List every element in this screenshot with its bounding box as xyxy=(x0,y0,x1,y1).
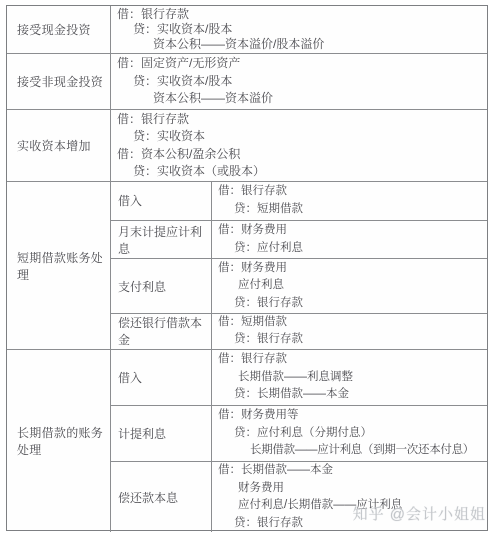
subrow-label-cell: 偿还银行借款本金 xyxy=(111,314,212,349)
table-subrow: 借入 借：银行存款 贷：短期借款 xyxy=(111,182,487,220)
entry-line: 借：银行存款 xyxy=(111,7,487,22)
subrow-label: 支付利息 xyxy=(118,278,166,295)
accounting-entries-table: 接受现金投资 借：银行存款 贷：实收资本/股本 资本公积——资本溢价/股本溢价 … xyxy=(6,5,488,531)
table-subrow: 计提利息 借：财务费用等 贷：应付利息（分期付息） 长期借款——应计利息（到期一… xyxy=(111,405,487,462)
entry-line: 借：财务费用 xyxy=(212,260,487,278)
table-row-group: 短期借款账务处理 借入 借：银行存款 贷：短期借款 月末计提应计利息 xyxy=(7,181,487,349)
subrow-label-cell: 计提利息 xyxy=(111,406,212,462)
entry-line: 资本公积——资本溢价 xyxy=(111,90,487,108)
entry-line: 贷：实收资本（或股本） xyxy=(111,163,487,181)
table-subrow: 月末计提应计利息 借：财务费用 贷：应付利息 xyxy=(111,220,487,259)
subrow-label: 偿还款本息 xyxy=(118,489,178,506)
row-label: 实收资本增加 xyxy=(17,137,91,154)
entry-line: 借：资本公积/盈余公积 xyxy=(111,146,487,164)
row-label-cell: 接受非现金投资 xyxy=(7,54,111,109)
subrow-column: 借入 借：银行存款 贷：短期借款 月末计提应计利息 借：财务费用 贷：应付利息 xyxy=(111,182,487,349)
subrow-label: 偿还银行借款本金 xyxy=(118,314,211,348)
row-label: 接受非现金投资 xyxy=(17,73,103,90)
entry-cell: 借：银行存款 贷：实收资本/股本 资本公积——资本溢价/股本溢价 xyxy=(111,6,487,53)
row-label: 接受现金投资 xyxy=(17,21,91,38)
entry-line: 借：银行存款 xyxy=(212,183,487,201)
entry-line: 贷：实收资本/股本 xyxy=(111,22,487,37)
row-label: 长期借款的账务处理 xyxy=(17,424,110,458)
row-label-cell: 短期借款账务处理 xyxy=(7,182,111,349)
entry-line: 财务费用 xyxy=(212,480,487,498)
entry-cell: 借：财务费用 应付利息 贷：银行存款 xyxy=(212,259,487,313)
row-label: 短期借款账务处理 xyxy=(17,249,110,283)
subrow-label-cell: 借入 xyxy=(111,182,212,220)
entry-line: 贷：银行存款 xyxy=(212,295,487,313)
entry-line: 贷：长期借款——本金 xyxy=(212,386,487,404)
entry-line: 贷：应付利息（分期付息） xyxy=(212,425,487,443)
subrow-label: 月末计提应计利息 xyxy=(118,223,211,257)
subrow-label: 借入 xyxy=(118,369,142,386)
entry-cell: 借：银行存款 贷：短期借款 xyxy=(212,182,487,220)
row-label-cell: 接受现金投资 xyxy=(7,6,111,53)
subrow-label-cell: 支付利息 xyxy=(111,259,212,313)
table-row: 接受现金投资 借：银行存款 贷：实收资本/股本 资本公积——资本溢价/股本溢价 xyxy=(7,6,487,53)
entry-line: 资本公积——资本溢价/股本溢价 xyxy=(111,37,487,52)
entry-line: 借：财务费用 xyxy=(212,222,487,240)
subrow-label-cell: 月末计提应计利息 xyxy=(111,221,212,259)
entry-line: 借：银行存款 xyxy=(111,111,487,129)
entry-line: 借：银行存款 xyxy=(212,351,487,369)
entry-line: 贷：实收资本 xyxy=(111,128,487,146)
entry-line: 贷：银行存款 xyxy=(212,331,487,349)
zhihu-watermark: 知乎 @会计小姐姐 xyxy=(353,503,486,524)
subrow-label-cell: 借入 xyxy=(111,350,212,405)
entry-line: 借：固定资产/无形资产 xyxy=(111,55,487,73)
entry-cell: 借：短期借款 贷：银行存款 xyxy=(212,314,487,349)
table-subrow: 借入 借：银行存款 长期借款——利息调整 贷：长期借款——本金 xyxy=(111,350,487,405)
table-subrow: 支付利息 借：财务费用 应付利息 贷：银行存款 xyxy=(111,258,487,313)
entry-line: 贷：应付利息 xyxy=(212,240,487,258)
entry-cell: 借：固定资产/无形资产 贷：实收资本/股本 资本公积——资本溢价 xyxy=(111,54,487,109)
entry-line: 长期借款——利息调整 xyxy=(212,369,487,387)
entry-cell: 借：银行存款 长期借款——利息调整 贷：长期借款——本金 xyxy=(212,350,487,405)
subrow-label-cell: 偿还款本息 xyxy=(111,462,212,532)
entry-line: 长期借款——应计利息（到期一次还本付息） xyxy=(212,442,487,460)
row-label-cell: 长期借款的账务处理 xyxy=(7,350,111,532)
subrow-label: 借入 xyxy=(118,192,142,209)
subrow-label: 计提利息 xyxy=(118,425,166,442)
entry-cell: 借：财务费用 贷：应付利息 xyxy=(212,221,487,259)
entry-line: 借：长期借款——本金 xyxy=(212,462,487,480)
entry-line: 贷：实收资本/股本 xyxy=(111,73,487,91)
table-row: 实收资本增加 借：银行存款 贷：实收资本 借：资本公积/盈余公积 贷：实收资本（… xyxy=(7,109,487,181)
row-label-cell: 实收资本增加 xyxy=(7,110,111,181)
table-subrow: 偿还银行借款本金 借：短期借款 贷：银行存款 xyxy=(111,313,487,349)
entry-line: 应付利息 xyxy=(212,277,487,295)
entry-cell: 借：财务费用等 贷：应付利息（分期付息） 长期借款——应计利息（到期一次还本付息… xyxy=(212,406,487,462)
table-row: 接受非现金投资 借：固定资产/无形资产 贷：实收资本/股本 资本公积——资本溢价 xyxy=(7,53,487,109)
entry-line: 借：短期借款 xyxy=(212,314,487,332)
entry-line: 借：财务费用等 xyxy=(212,407,487,425)
entry-cell: 借：银行存款 贷：实收资本 借：资本公积/盈余公积 贷：实收资本（或股本） xyxy=(111,110,487,181)
screenshot-canvas: 接受现金投资 借：银行存款 贷：实收资本/股本 资本公积——资本溢价/股本溢价 … xyxy=(0,0,500,537)
entry-line: 贷：短期借款 xyxy=(212,201,487,219)
